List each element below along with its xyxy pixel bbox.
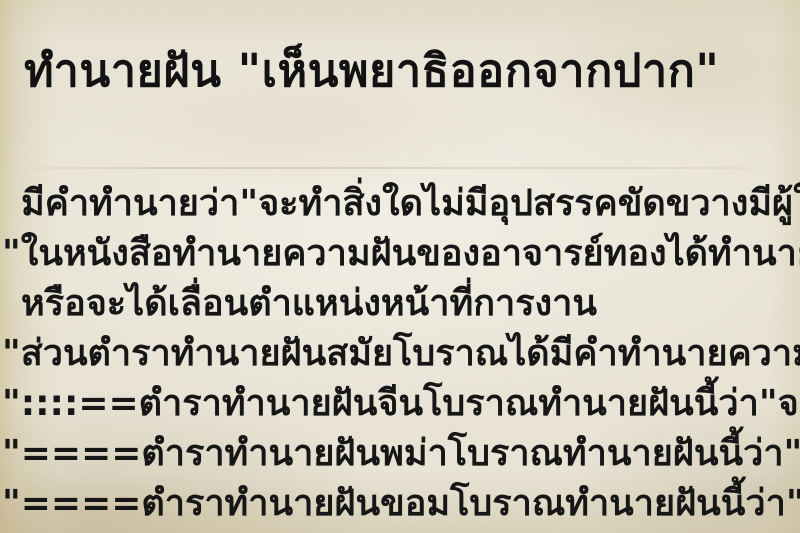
body-line: หรือจะได้เลื่อนตำแหน่งหน้าที่การงาน (0, 279, 800, 329)
body-line: "====ตำราทำนายฝันขอมโบราณทำนายฝันนี้ว่า"… (0, 479, 800, 529)
body-line: "::::==ตำราทำนายฝันจีนโบราณทำนายฝันนี้ว่… (0, 379, 800, 429)
dream-interpretation-text: มีคำทำนายว่า"จะทำสิ่งใดไม่มีอุปสรรคขัดขว… (0, 179, 800, 529)
page-title: ทำนายฝัน "เห็นพยาธิออกจากปาก" (24, 36, 800, 106)
paper-crease (0, 167, 800, 169)
paper-background: ทำนายฝัน "เห็นพยาธิออกจากปาก" มีคำทำนายว… (0, 0, 800, 533)
body-line: "ในหนังสือทำนายความฝันของอาจารย์ทองได้ทำ… (0, 229, 800, 279)
body-line: มีคำทำนายว่า"จะทำสิ่งใดไม่มีอุปสรรคขัดขว… (0, 179, 800, 229)
body-line: "====ตำราทำนายฝันพม่าโบราณทำนายฝันนี้ว่า… (0, 429, 800, 479)
body-line: "ส่วนตำราทำนายฝันสมัยโบราณได้มีคำทำนายคว… (0, 329, 800, 379)
